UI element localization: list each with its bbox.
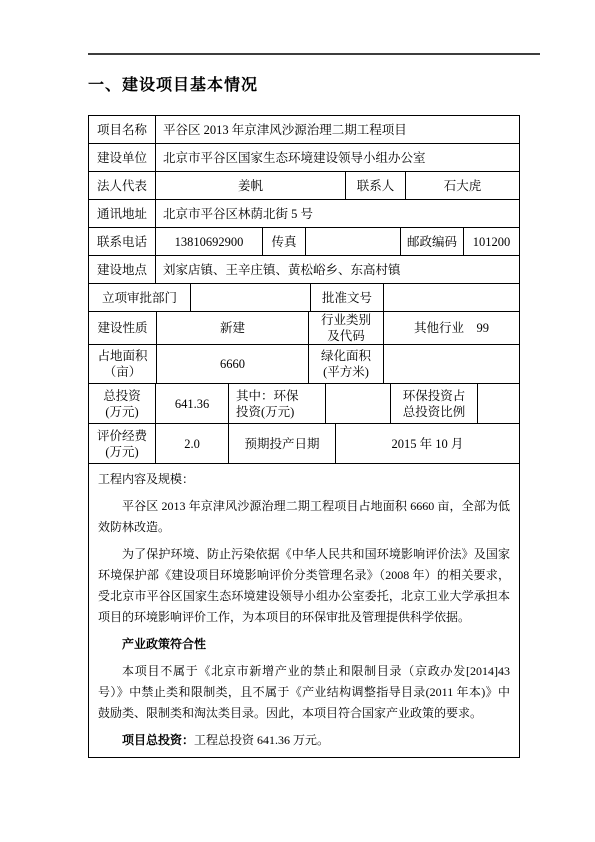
total-investment-line: 项目总投资：工程总投资 641.36 万元。 bbox=[98, 730, 510, 751]
production-date-value: 2015 年 10 月 bbox=[336, 424, 519, 464]
row-address: 通讯地址 北京市平谷区林荫北街 5 号 bbox=[89, 200, 519, 228]
area-value: 6660 bbox=[157, 345, 309, 384]
address-label: 通讯地址 bbox=[89, 200, 156, 228]
address-value: 北京市平谷区林荫北街 5 号 bbox=[156, 200, 519, 228]
location-label: 建设地点 bbox=[89, 256, 156, 284]
row-eval-fee: 评价经费 (万元) 2.0 预期投产日期 2015 年 10 月 bbox=[89, 424, 519, 464]
approval-doc-label: 批准文号 bbox=[311, 284, 384, 312]
project-content-cell: 工程内容及规模： 平谷区 2013 年京津风沙源治理二期工程项目占地面积 666… bbox=[89, 464, 519, 757]
approval-dept-value bbox=[191, 284, 311, 312]
nature-value: 新建 bbox=[157, 312, 309, 345]
total-investment-value: 工程总投资 641.36 万元。 bbox=[194, 733, 329, 747]
content-paragraph-basis: 为了保护环境、防止污染依据《中华人民共和国环境影响评价法》及国家环境保护部《建设… bbox=[98, 544, 510, 628]
top-rule bbox=[88, 53, 540, 55]
project-name-value: 平谷区 2013 年京津风沙源治理二期工程项目 bbox=[156, 116, 519, 144]
env-ratio-label: 环保投资占 总投资比例 bbox=[391, 384, 478, 424]
investment-label: 总投资 (万元) bbox=[89, 384, 156, 424]
content-paragraph-policy: 本项目不属于《北京市新增产业的禁止和限制目录（京政办发[2014]43 号）》中… bbox=[98, 661, 510, 724]
production-date-label: 预期投产日期 bbox=[229, 424, 336, 464]
eval-fee-value: 2.0 bbox=[156, 424, 229, 464]
approval-doc-value bbox=[384, 284, 519, 312]
row-project-name: 项目名称 平谷区 2013 年京津风沙源治理二期工程项目 bbox=[89, 116, 519, 144]
contact-person-label: 联系人 bbox=[346, 172, 406, 200]
row-area: 占地面积 （亩） 6660 绿化面积 (平方米) bbox=[89, 345, 519, 384]
env-investment-label: 其中：环保 投资(万元) bbox=[229, 384, 326, 424]
green-area-value bbox=[384, 345, 519, 384]
row-investment: 总投资 (万元) 641.36 其中：环保 投资(万元) 环保投资占 总投资比例 bbox=[89, 384, 519, 424]
nature-label: 建设性质 bbox=[89, 312, 157, 345]
project-name-label: 项目名称 bbox=[89, 116, 156, 144]
contact-person-value: 石大虎 bbox=[406, 172, 519, 200]
green-area-label: 绿化面积 (平方米) bbox=[309, 345, 384, 384]
row-phone: 联系电话 13810692900 传真 邮政编码 101200 bbox=[89, 228, 519, 256]
fax-value bbox=[306, 228, 401, 256]
section-title: 一、建设项目基本情况 bbox=[88, 72, 258, 95]
row-project-content: 工程内容及规模： 平谷区 2013 年京津风沙源治理二期工程项目占地面积 666… bbox=[89, 464, 519, 757]
row-construction-unit: 建设单位 北京市平谷区国家生态环境建设领导小组办公室 bbox=[89, 144, 519, 172]
investment-value: 641.36 bbox=[156, 384, 229, 424]
location-value: 刘家店镇、王辛庄镇、黄松峪乡、东高村镇 bbox=[156, 256, 519, 284]
phone-label: 联系电话 bbox=[89, 228, 156, 256]
content-heading: 工程内容及规模： bbox=[98, 469, 510, 490]
row-nature: 建设性质 新建 行业类别 及代码 其他行业 99 bbox=[89, 312, 519, 345]
legal-rep-label: 法人代表 bbox=[89, 172, 156, 200]
eval-fee-label: 评价经费 (万元) bbox=[89, 424, 156, 464]
total-investment-label: 项目总投资： bbox=[122, 733, 194, 747]
industry-label: 行业类别 及代码 bbox=[309, 312, 384, 345]
construction-unit-label: 建设单位 bbox=[89, 144, 156, 172]
fax-label: 传真 bbox=[263, 228, 306, 256]
policy-heading: 产业政策符合性 bbox=[98, 634, 510, 655]
content-paragraph-scale: 平谷区 2013 年京津风沙源治理二期工程项目占地面积 6660 亩，全部为低效… bbox=[98, 496, 510, 538]
document-page: 一、建设项目基本情况 项目名称 平谷区 2013 年京津风沙源治理二期工程项目 … bbox=[0, 0, 595, 842]
row-approval-dept: 立项审批部门 批准文号 bbox=[89, 284, 519, 312]
postcode-label: 邮政编码 bbox=[401, 228, 464, 256]
construction-unit-value: 北京市平谷区国家生态环境建设领导小组办公室 bbox=[156, 144, 519, 172]
approval-dept-label: 立项审批部门 bbox=[89, 284, 191, 312]
industry-value: 其他行业 99 bbox=[384, 312, 519, 345]
env-ratio-value bbox=[478, 384, 519, 424]
phone-value: 13810692900 bbox=[156, 228, 263, 256]
project-info-table: 项目名称 平谷区 2013 年京津风沙源治理二期工程项目 建设单位 北京市平谷区… bbox=[88, 115, 520, 758]
row-legal-rep: 法人代表 姜帆 联系人 石大虎 bbox=[89, 172, 519, 200]
row-location: 建设地点 刘家店镇、王辛庄镇、黄松峪乡、东高村镇 bbox=[89, 256, 519, 284]
area-label: 占地面积 （亩） bbox=[89, 345, 157, 384]
env-investment-value bbox=[326, 384, 391, 424]
legal-rep-value: 姜帆 bbox=[156, 172, 346, 200]
postcode-value: 101200 bbox=[464, 228, 519, 256]
